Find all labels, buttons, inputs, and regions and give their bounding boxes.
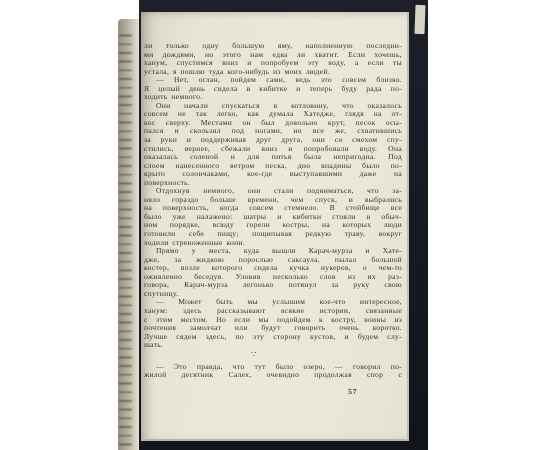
paragraph-lines: ли только одну большую яму, наполненную … xyxy=(144,42,402,350)
text-line: жилой десятник Салех, очевидно продолжая… xyxy=(144,371,402,380)
page-text: ли только одну большую яму, наполненную … xyxy=(144,42,402,380)
text-line: ли только одну большую яму, наполненную … xyxy=(144,42,402,51)
text-line: ханум: здесь рассказывают всякие истории… xyxy=(144,307,402,316)
text-line: — Может быть мы услышим кое-что интересн… xyxy=(144,298,402,307)
text-line: кос сверху. Местами он был довольно крут… xyxy=(144,119,402,128)
text-line: ходили стреноженные кони. xyxy=(144,239,402,248)
text-line: за руки и поддерживая друг друга, они со… xyxy=(144,136,402,145)
text-line: ходить немного. xyxy=(144,93,402,102)
text-line: костер, возле которого сидела кучка нуке… xyxy=(144,264,402,273)
text-line: говора, Карач-мурза легонько потянул за … xyxy=(144,281,402,290)
text-line: с этим местом. Но если мы подойдем к кос… xyxy=(144,316,402,325)
text-line: ми дождями, но этого нам едва ли хватит.… xyxy=(144,51,402,60)
text-line: оживленно беседуя. Уловив несколько слов… xyxy=(144,273,402,282)
text-line: совсем не так легко, как думала Хатедже,… xyxy=(144,110,402,119)
text-line: Лучше сядем здесь, по эту сторону кустов… xyxy=(144,333,402,342)
book-photo: ли только одну большую яму, наполненную … xyxy=(0,0,550,450)
asterism-divider: ∵ xyxy=(125,351,383,360)
text-line: пался и скользил под ногами, но все же, … xyxy=(144,127,402,136)
text-line: спутницу. xyxy=(144,290,402,299)
text-line: — Это правда, что тут было озеро, — гово… xyxy=(144,363,402,372)
text-line: стились, вернее, сбежали вниз и попробов… xyxy=(144,145,402,154)
left-page-gutter xyxy=(118,19,139,450)
text-line: почтения замолчат или будут говорить оче… xyxy=(144,324,402,333)
text-line: Прямо у места, куда вышли Карач-мурза и … xyxy=(144,247,402,256)
text-line: дже, за жидкою порослью саксаула, пылал … xyxy=(144,256,402,265)
gutter-blurred-text xyxy=(119,33,132,446)
closing-lines: — Это правда, что тут было озеро, — гово… xyxy=(144,363,402,380)
text-line: устала, я пошлю туда кого-нибудь из моих… xyxy=(144,68,402,77)
text-line: на поверхность, когда совсем стемнело. В… xyxy=(144,204,402,213)
text-line: ханум, спустимся вниз и попробуем эту во… xyxy=(144,59,402,68)
text-line: шать. xyxy=(144,341,402,350)
text-line: ном порядке, всюду горели костры, на кот… xyxy=(144,221,402,230)
text-line: поверхность. xyxy=(144,179,402,188)
text-line: няло гораздо больше времени, чем спуск, … xyxy=(144,196,402,205)
page-corner-edge xyxy=(414,5,425,34)
text-line: оказалась соленой и для питья была непри… xyxy=(144,153,402,162)
text-line: Я целый день сидела в кибитке и теперь б… xyxy=(144,85,402,94)
text-line: Они начали спускаться в котловину, что о… xyxy=(144,102,402,111)
page-number: 57 xyxy=(348,387,357,396)
text-line: готовили себе пищу; пощипывая редкую тра… xyxy=(144,230,402,239)
text-line: — Нет, оглан, пойдем сами, ведь это совс… xyxy=(144,76,402,85)
text-line: Отдохнув немного, они стали подниматься,… xyxy=(144,187,402,196)
text-line: было уже налажено: шатры и кибитки стоял… xyxy=(144,213,402,222)
text-line: слоем нанесенного ветром песка, дно впад… xyxy=(144,162,402,171)
book-page: ли только одну большую яму, наполненную … xyxy=(141,12,409,441)
text-line: крыто солончаками, кое-где выступавшими … xyxy=(144,170,402,179)
